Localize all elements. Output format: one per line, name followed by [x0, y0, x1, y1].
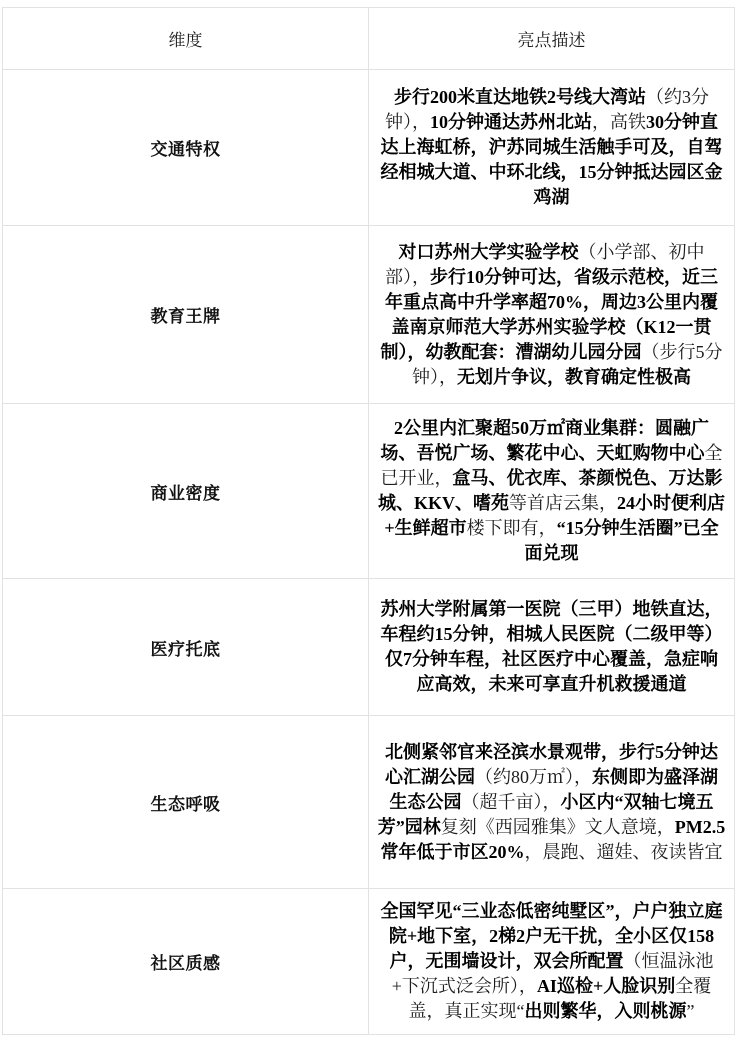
highlight-text: 10分钟通达苏州北站 [430, 112, 592, 132]
regular-text: 复刻《西园雅集》文人意境， [441, 817, 675, 837]
highlight-text: 苏州大学附属第一医院（三甲）地铁直达，车程约15分钟，相城人民医院（二级甲等）仅… [381, 599, 723, 694]
regular-text: 楼下即有， [467, 518, 557, 538]
highlight-text: 2公里内汇聚超50万㎡商业集群：圆融广场、吾悦广场、繁花中心、天虹购物中心 [381, 418, 710, 463]
highlight-text: 步行200米直达地铁2号线大湾站 [394, 87, 646, 107]
highlight-text: 无划片争议，教育确定性极高 [457, 367, 691, 387]
dimension-cell: 商业密度 [3, 404, 369, 579]
dimension-cell: 生态呼吸 [3, 716, 369, 889]
table-header: 维度 亮点描述 [3, 8, 735, 70]
table-body: 交通特权步行200米直达地铁2号线大湾站（约3分钟），10分钟通达苏州北站，高铁… [3, 70, 735, 1035]
regular-text: 等首店云集， [509, 493, 617, 513]
regular-text: ” [687, 1001, 695, 1021]
table-row: 生态呼吸北侧紧邻官来泾滨水景观带，步行5分钟达心汇湖公园（约80万㎡），东侧即为… [3, 716, 735, 889]
table-row: 交通特权步行200米直达地铁2号线大湾站（约3分钟），10分钟通达苏州北站，高铁… [3, 70, 735, 226]
description-cell: 对口苏州大学实验学校（小学部、初中部），步行10分钟可达，省级示范校，近三年重点… [369, 226, 735, 404]
description-cell: 苏州大学附属第一医院（三甲）地铁直达，车程约15分钟，相城人民医院（二级甲等）仅… [369, 579, 735, 716]
highlights-table: 维度 亮点描述 交通特权步行200米直达地铁2号线大湾站（约3分钟），10分钟通… [2, 7, 735, 1035]
description-cell: 步行200米直达地铁2号线大湾站（约3分钟），10分钟通达苏州北站，高铁30分钟… [369, 70, 735, 226]
highlight-text: 对口苏州大学实验学校 [399, 242, 579, 262]
header-row: 维度 亮点描述 [3, 8, 735, 70]
regular-text: （超千亩）， [462, 792, 561, 812]
table-row: 教育王牌对口苏州大学实验学校（小学部、初中部），步行10分钟可达，省级示范校，近… [3, 226, 735, 404]
highlight-text: AI巡检+人脸识别 [537, 976, 675, 996]
highlight-text: 出则繁华，入则桃源 [525, 1001, 687, 1021]
table-row: 商业密度2公里内汇聚超50万㎡商业集群：圆融广场、吾悦广场、繁花中心、天虹购物中… [3, 404, 735, 579]
description-cell: 全国罕见“三业态低密纯墅区”，户户独立庭院+地下室，2梯2户无干扰，全小区仅15… [369, 889, 735, 1035]
header-description: 亮点描述 [369, 8, 735, 70]
dimension-cell: 交通特权 [3, 70, 369, 226]
regular-text: ，高铁 [592, 112, 646, 132]
table-row: 医疗托底苏州大学附属第一医院（三甲）地铁直达，车程约15分钟，相城人民医院（二级… [3, 579, 735, 716]
description-cell: 2公里内汇聚超50万㎡商业集群：圆融广场、吾悦广场、繁花中心、天虹购物中心全已开… [369, 404, 735, 579]
header-dimension: 维度 [3, 8, 369, 70]
description-cell: 北侧紧邻官来泾滨水景观带，步行5分钟达心汇湖公园（约80万㎡），东侧即为盛泽湖生… [369, 716, 735, 889]
regular-text: ，晨跑、遛娃、夜读皆宜 [525, 842, 723, 862]
table-row: 社区质感全国罕见“三业态低密纯墅区”，户户独立庭院+地下室，2梯2户无干扰，全小… [3, 889, 735, 1035]
regular-text: （约80万㎡）， [475, 767, 592, 787]
dimension-cell: 社区质感 [3, 889, 369, 1035]
dimension-cell: 教育王牌 [3, 226, 369, 404]
dimension-cell: 医疗托底 [3, 579, 369, 716]
